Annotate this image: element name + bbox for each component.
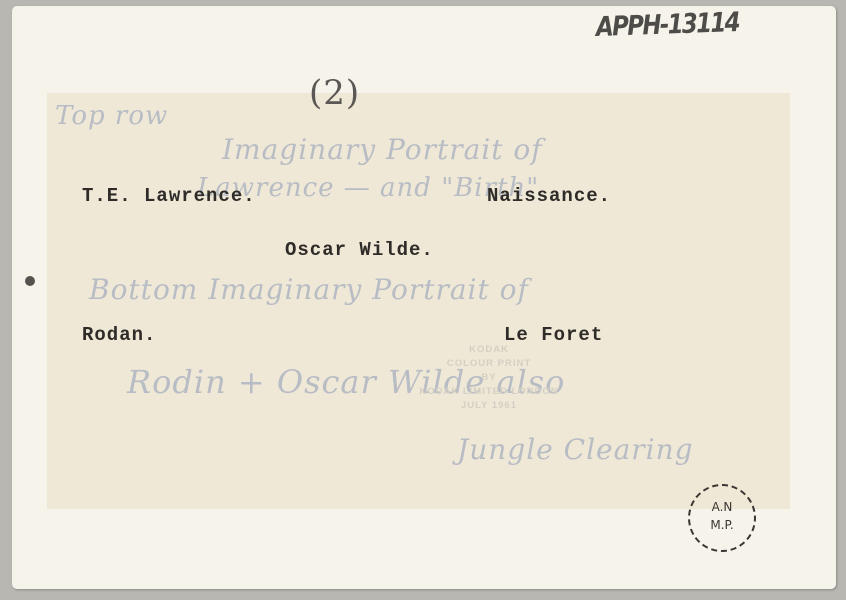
pencil-note-imaginary-portrait: Imaginary Portrait of	[222, 133, 543, 166]
typed-label-sheet: Top row (2) Imaginary Portrait of Lawren…	[47, 93, 790, 509]
archive-reference-number: APPH-13114	[595, 7, 739, 43]
punch-hole	[25, 276, 35, 286]
kodak-print-stamp: KODAK COLOUR PRINT BY KODAK LIMITED LOND…	[409, 343, 569, 413]
pencil-note-number: (2)	[309, 73, 360, 113]
stamp-initials-top: A.N	[690, 498, 754, 516]
kodak-stamp-line: KODAK LIMITED LONDON	[409, 385, 569, 399]
pencil-note-bottom-portrait: Bottom Imaginary Portrait of	[89, 273, 529, 306]
kodak-stamp-line: JULY 1961	[409, 399, 569, 413]
typed-title-rodan: Rodan.	[82, 324, 156, 346]
typed-title-oscar-wilde: Oscar Wilde.	[285, 239, 434, 261]
typed-title-naissance: Naissance.	[487, 185, 611, 207]
typed-title-le-foret: Le Foret	[504, 324, 603, 346]
pencil-note-jungle-clearing: Jungle Clearing	[457, 433, 694, 466]
collection-stamp: A.N M.P.	[688, 484, 756, 552]
kodak-stamp-line: BY	[409, 371, 569, 385]
pencil-note-top-row: Top row	[55, 101, 168, 131]
kodak-stamp-line: COLOUR PRINT	[409, 357, 569, 371]
stamp-initials-bottom: M.P.	[710, 518, 733, 532]
typed-title-te-lawrence: T.E. Lawrence.	[82, 185, 256, 207]
